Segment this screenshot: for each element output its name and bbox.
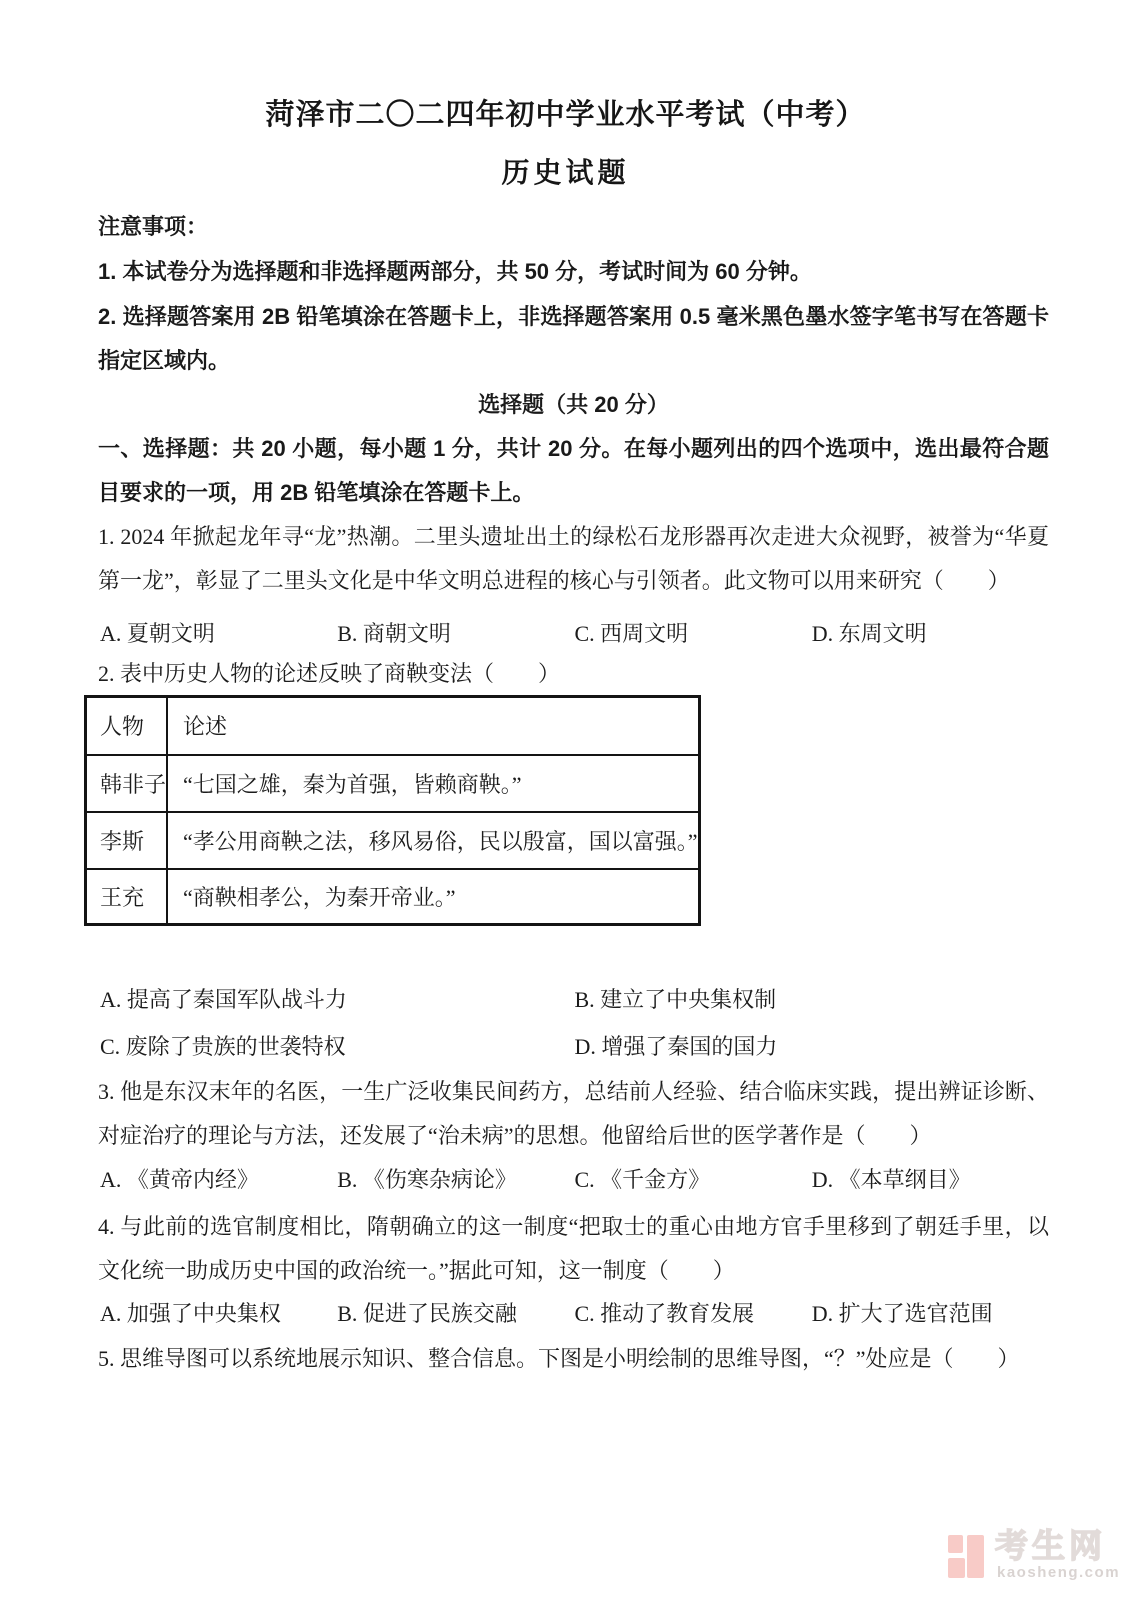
option-1b: B. 商朝文明: [337, 612, 574, 655]
option-1a: A. 夏朝文明: [100, 612, 337, 655]
question-1-stem: 1. 2024 年掀起龙年寻“龙”热潮。二里头遗址出土的绿松石龙形器再次走进大众…: [98, 515, 1049, 602]
option-2a: A. 提高了秦国军队战斗力: [100, 978, 575, 1021]
option-4c: C. 推动了教育发展: [575, 1292, 812, 1335]
section-header: 选择题（共 20 分）: [98, 383, 1049, 427]
option-4a: A. 加强了中央集权: [100, 1292, 337, 1335]
option-1d: D. 东周文明: [812, 612, 1049, 655]
table-header-statement: 论述: [167, 697, 699, 755]
notice-heading: 注意事项：: [98, 205, 1049, 249]
table-cell-statement: “商鞅相孝公，为秦开帝业。”: [167, 869, 699, 925]
question-3-stem: 3. 他是东汉末年的名医，一生广泛收集民间药方，总结前人经验、结合临床实践，提出…: [98, 1070, 1049, 1157]
option-4b: B. 促进了民族交融: [337, 1292, 574, 1335]
question-2-table: 人物 论述 韩非子 “七国之雄，秦为首强，皆赖商鞅。” 李斯 “孝公用商鞅之法，…: [84, 695, 701, 926]
option-2d: D. 增强了秦国的国力: [575, 1025, 1050, 1068]
table-row: 李斯 “孝公用商鞅之法，移风易俗，民以殷富，国以富强。”: [86, 812, 700, 869]
option-3c: C. 《千金方》: [575, 1158, 812, 1201]
kaosheng-watermark: 考生网 kaosheng.com: [946, 1528, 1116, 1590]
table-cell-statement: “孝公用商鞅之法，移风易俗，民以殷富，国以富强。”: [167, 812, 699, 869]
table-cell-person: 李斯: [86, 812, 168, 869]
option-1c: C. 西周文明: [575, 612, 812, 655]
table-row: 王充 “商鞅相孝公，为秦开帝业。”: [86, 869, 700, 925]
question-3-options: A. 《黄帝内经》 B. 《伤寒杂病论》 C. 《千金方》 D. 《本草纲目》: [100, 1158, 1049, 1201]
option-3b: B. 《伤寒杂病论》: [337, 1158, 574, 1201]
question-5-stem: 5. 思维导图可以系统地展示知识、整合信息。下图是小明绘制的思维导图，“？”处应…: [98, 1337, 1049, 1381]
table-cell-person: 王充: [86, 869, 168, 925]
table-cell-statement: “七国之雄，秦为首强，皆赖商鞅。”: [167, 755, 699, 812]
notice-item-2: 2. 选择题答案用 2B 铅笔填涂在答题卡上，非选择题答案用 0.5 毫米黑色墨…: [98, 295, 1049, 382]
question-4-stem: 4. 与此前的选官制度相比，隋朝确立的这一制度“把取士的重心由地方官手里移到了朝…: [98, 1205, 1049, 1292]
option-4d: D. 扩大了选官范围: [812, 1292, 1049, 1335]
option-2b: B. 建立了中央集权制: [575, 978, 1050, 1021]
section-intro: 一、选择题：共 20 小题，每小题 1 分，共计 20 分。在每小题列出的四个选…: [98, 427, 1049, 514]
table-cell-person: 韩非子: [86, 755, 168, 812]
watermark-site-name: 考生网: [995, 1528, 1106, 1564]
page-title: 菏泽市二〇二四年初中学业水平考试（中考）: [0, 97, 1131, 133]
question-2-options: A. 提高了秦国军队战斗力 B. 建立了中央集权制 C. 废除了贵族的世袭特权 …: [100, 978, 1049, 1068]
table-row: 韩非子 “七国之雄，秦为首强，皆赖商鞅。”: [86, 755, 700, 812]
option-2c: C. 废除了贵族的世袭特权: [100, 1025, 575, 1068]
table-header-row: 人物 论述: [86, 697, 700, 755]
watermark-site-url: kaosheng.com: [997, 1564, 1120, 1582]
notice-item-1: 1. 本试卷分为选择题和非选择题两部分，共 50 分，考试时间为 60 分钟。: [98, 250, 1049, 294]
option-3d: D. 《本草纲目》: [812, 1158, 1049, 1201]
question-2-stem: 2. 表中历史人物的论述反映了商鞅变法（ ）: [98, 652, 1049, 696]
question-4-options: A. 加强了中央集权 B. 促进了民族交融 C. 推动了教育发展 D. 扩大了选…: [100, 1292, 1049, 1335]
question-1-options: A. 夏朝文明 B. 商朝文明 C. 西周文明 D. 东周文明: [100, 612, 1049, 655]
table-header-person: 人物: [86, 697, 168, 755]
kaosheng-logo-icon: [946, 1534, 986, 1580]
page-subtitle: 历史试题: [0, 157, 1131, 191]
option-3a: A. 《黄帝内经》: [100, 1158, 337, 1201]
